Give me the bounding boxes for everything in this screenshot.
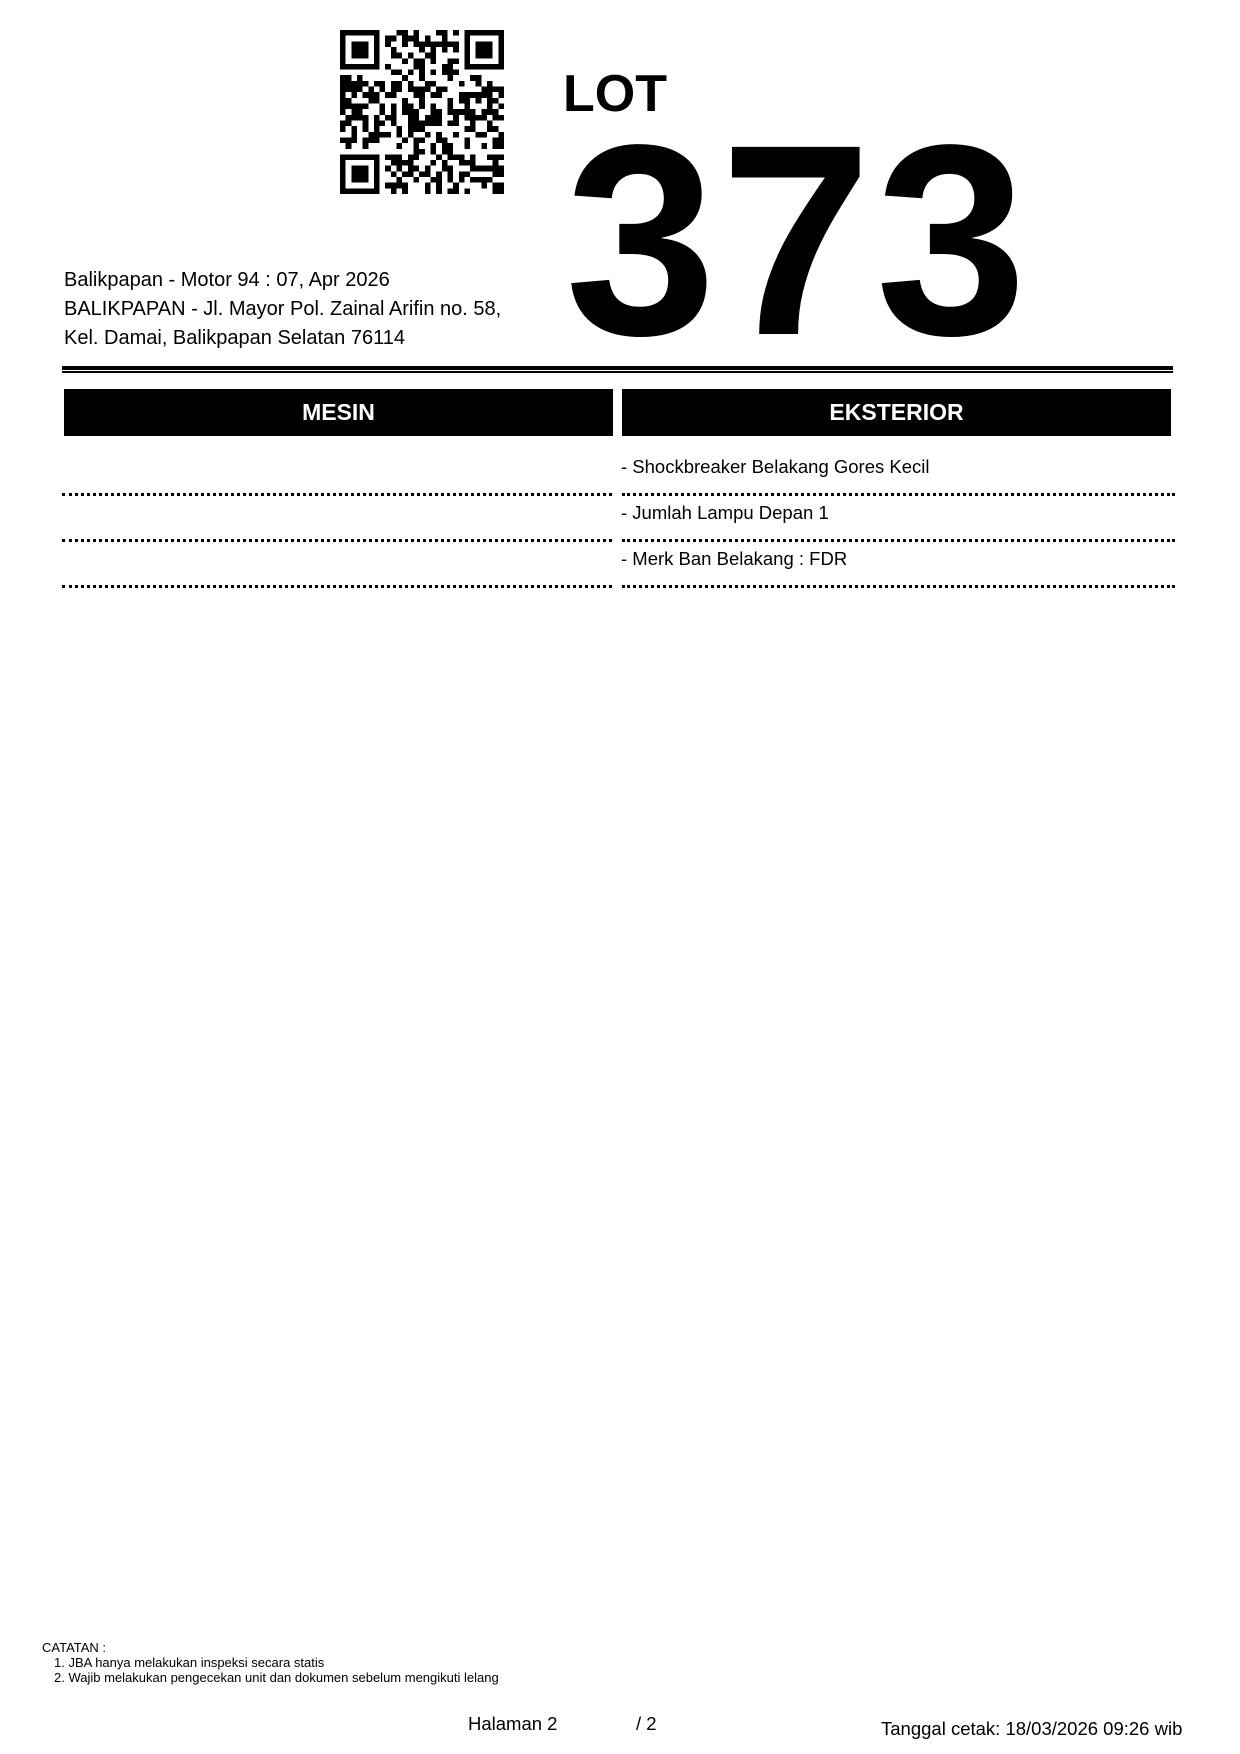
notes-title: CATATAN : bbox=[42, 1640, 499, 1655]
print-date: Tanggal cetak: 18/03/2026 09:26 wib bbox=[881, 1718, 1182, 1740]
note-item: 1. JBA hanya melakukan inspeksi secara s… bbox=[42, 1655, 499, 1670]
row-divider bbox=[62, 539, 612, 542]
header-divider bbox=[62, 366, 1173, 373]
note-item: 2. Wajib melakukan pengecekan unit dan d… bbox=[42, 1670, 499, 1685]
eksterior-item: - Shockbreaker Belakang Gores Kecil bbox=[621, 456, 929, 478]
notes-block: CATATAN : 1. JBA hanya melakukan inspeks… bbox=[42, 1640, 499, 1685]
auction-line: Balikpapan - Motor 94 : 07, Apr 2026 bbox=[64, 266, 501, 295]
section-header-mesin: MESIN bbox=[64, 389, 613, 436]
lot-number: 373 bbox=[565, 104, 1031, 376]
row-divider bbox=[62, 493, 612, 496]
page-number: Halaman 2 bbox=[468, 1713, 557, 1735]
eksterior-item: - Jumlah Lampu Depan 1 bbox=[621, 502, 829, 524]
section-header-eksterior: EKSTERIOR bbox=[622, 389, 1171, 436]
row-divider bbox=[622, 493, 1175, 496]
qr-code-icon bbox=[340, 30, 504, 194]
eksterior-item: - Merk Ban Belakang : FDR bbox=[621, 548, 847, 570]
auction-address-block: Balikpapan - Motor 94 : 07, Apr 2026 BAL… bbox=[64, 266, 501, 353]
page-total: / 2 bbox=[636, 1713, 657, 1735]
row-divider bbox=[622, 539, 1175, 542]
address-line-2: Kel. Damai, Balikpapan Selatan 76114 bbox=[64, 324, 501, 353]
address-line-1: BALIKPAPAN - Jl. Mayor Pol. Zainal Arifi… bbox=[64, 295, 501, 324]
row-divider bbox=[62, 585, 612, 588]
row-divider bbox=[622, 585, 1175, 588]
